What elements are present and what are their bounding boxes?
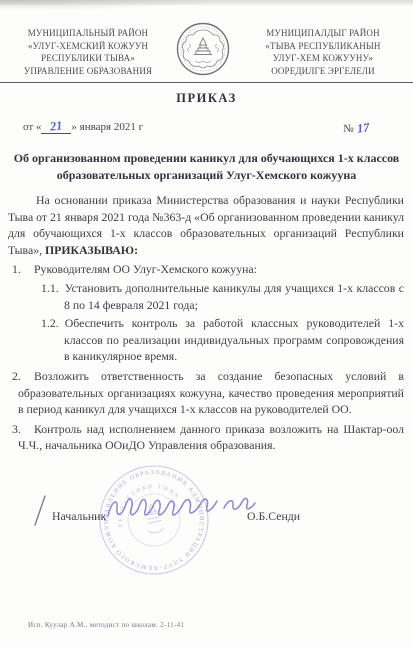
order-item-1: 1.Руководителям ОО Улуг-Хемского кожууна… xyxy=(8,261,404,278)
order-subject: Об организованном проведении каникул для… xyxy=(0,150,413,183)
org-line: «ТЫВА РЕСПУБЛИКАНЫН xyxy=(237,40,409,53)
date-suffix: » января 2021 г xyxy=(71,121,143,133)
subject-line: Об организованном проведении каникул для… xyxy=(6,150,407,167)
org-line: МУНИЦИПАЛДЫГ РАЙОН xyxy=(237,27,409,40)
org-line: МУНИЦИПАЛЬНЫЙ РАЙОН xyxy=(8,27,168,40)
item-number: 3. xyxy=(12,421,34,438)
org-line: УПРАВЛЕНИЕ ОБРАЗОВАНИЯ xyxy=(8,65,168,78)
date-line: от «21» января 2021 г xyxy=(23,121,143,136)
number-label: № xyxy=(343,123,354,135)
signer-name: О.Б.Сенди xyxy=(247,509,300,524)
order-item-3: 3.Контроль над исполнением данного прика… xyxy=(8,421,404,454)
item-number: 1.2. xyxy=(41,316,65,330)
preamble-paragraph: На основании приказа Министерства образо… xyxy=(8,192,404,258)
item-text: Контроль над исполнением данного приказа… xyxy=(18,422,404,453)
item-text: Обеспечить контроль за работой классных … xyxy=(64,316,404,363)
executor-line: Исп. Куулар А.М., методист по школам. 2-… xyxy=(28,621,184,629)
date-prefix: от « xyxy=(23,121,41,133)
org-line: «УЛУГ-ХЕМСКИЙ КОЖУУН xyxy=(8,40,168,53)
doc-type-title: ПРИКАЗ xyxy=(0,91,413,106)
prikazyvayu-keyword: ПРИКАЗЫВАЮ: xyxy=(45,243,138,257)
order-item-1-1: 1.1.Установить дополнительные каникулы д… xyxy=(8,280,404,313)
org-line: УЛУГ-ХЕМ КОЖУУНУ» xyxy=(237,52,409,65)
emblem-container xyxy=(168,27,237,77)
org-name-russian: МУНИЦИПАЛЬНЫЙ РАЙОН «УЛУГ-ХЕМСКИЙ КОЖУУН… xyxy=(8,27,168,77)
scan-corner-shade xyxy=(0,0,210,10)
header-rule xyxy=(0,82,413,83)
coat-of-arms-icon xyxy=(175,21,231,77)
org-name-tuvan: МУНИЦИПАЛДЫГ РАЙОН «ТЫВА РЕСПУБЛИКАНЫН У… xyxy=(237,27,409,77)
item-number: 2. xyxy=(12,368,34,385)
date-blank: 21 xyxy=(41,121,71,134)
order-body: На основании приказа Министерства образо… xyxy=(0,192,413,454)
number-line: № 17 xyxy=(343,121,369,136)
handwritten-number: 17 xyxy=(356,120,370,136)
item-text: Установить дополнительные каникулы для у… xyxy=(64,281,404,312)
order-item-2: 2.Возложить ответственность за создание … xyxy=(8,368,404,418)
org-line: ООРЕДИЛГЕ ЭРГЕЛЕЛИ xyxy=(237,65,409,78)
item-text: Возложить ответственность за создание бе… xyxy=(18,369,404,416)
meta-row: от «21» января 2021 г № 17 xyxy=(0,121,413,136)
letterhead: МУНИЦИПАЛЬНЫЙ РАЙОН «УЛУГ-ХЕМСКИЙ КОЖУУН… xyxy=(0,0,413,77)
signature-scrawl-icon xyxy=(104,484,256,530)
item-text: Руководителям ОО Улуг-Хемского кожууна: xyxy=(34,262,257,276)
org-line: РЕСПУБЛИКИ ТЫВА» xyxy=(8,52,168,65)
item-number: 1. xyxy=(12,261,34,278)
subject-line: образовательных организаций Улуг-Хемског… xyxy=(6,167,407,184)
item-number: 1.1. xyxy=(41,281,65,295)
handwritten-date: 21 xyxy=(50,120,64,132)
document-page: МУНИЦИПАЛЬНЫЙ РАЙОН «УЛУГ-ХЕМСКИЙ КОЖУУН… xyxy=(0,0,413,648)
order-item-1-2: 1.2.Обеспечить контроль за работой класс… xyxy=(8,315,404,365)
signer-post: Начальник xyxy=(52,509,106,524)
handwritten-slash xyxy=(32,494,48,528)
